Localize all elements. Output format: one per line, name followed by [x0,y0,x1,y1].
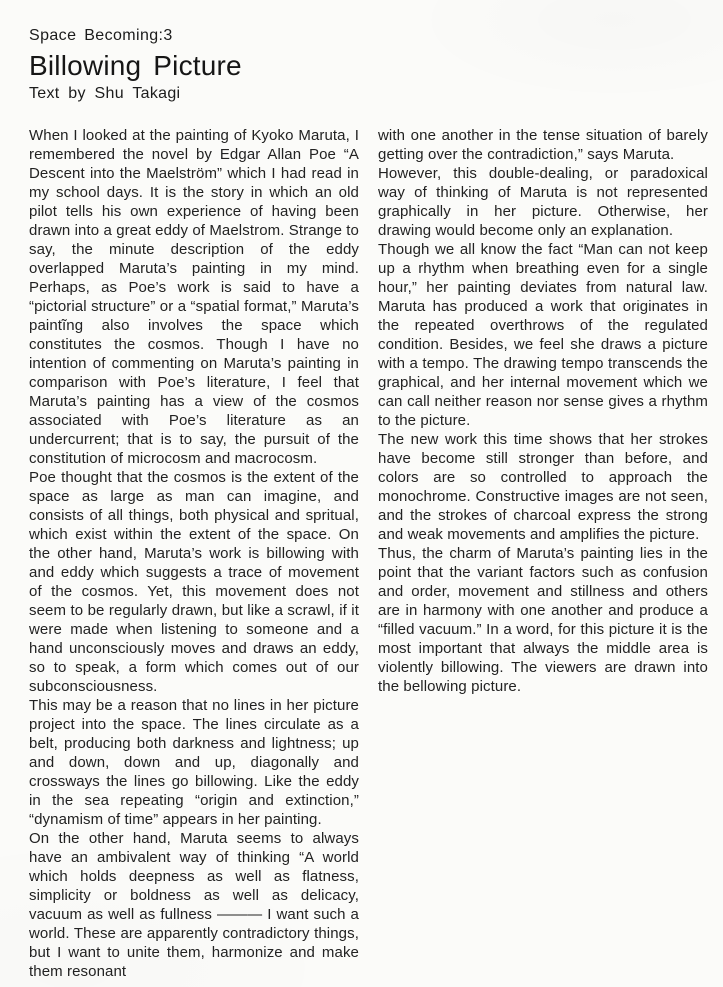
page-title: Billowing Picture [29,49,242,82]
paragraph: The new work this time shows that her st… [378,430,708,544]
byline: Text by Shu Takagi [29,84,242,104]
paragraph: Thus, the charm of Maruta’s painting lie… [378,544,708,696]
right-column: with one another in the tense situation … [378,126,708,981]
paragraph: with one another in the tense situation … [378,126,708,164]
paragraph: On the other hand, Maruta seems to alway… [29,829,359,981]
paragraph: However, this double-dealing, or paradox… [378,164,708,240]
paragraph: Though we all know the fact “Man can not… [378,240,708,430]
series-overline: Space Becoming:3 [29,26,242,46]
article-body: When I looked at the painting of Kyoko M… [29,126,707,981]
article-header: Space Becoming:3 Billowing Picture Text … [29,26,242,104]
left-column: When I looked at the painting of Kyoko M… [29,126,359,981]
paragraph: Poe thought that the cosmos is the exten… [29,468,359,696]
paragraph: When I looked at the painting of Kyoko M… [29,126,359,468]
article-page: Space Becoming:3 Billowing Picture Text … [0,0,723,987]
paragraph: This may be a reason that no lines in he… [29,696,359,829]
